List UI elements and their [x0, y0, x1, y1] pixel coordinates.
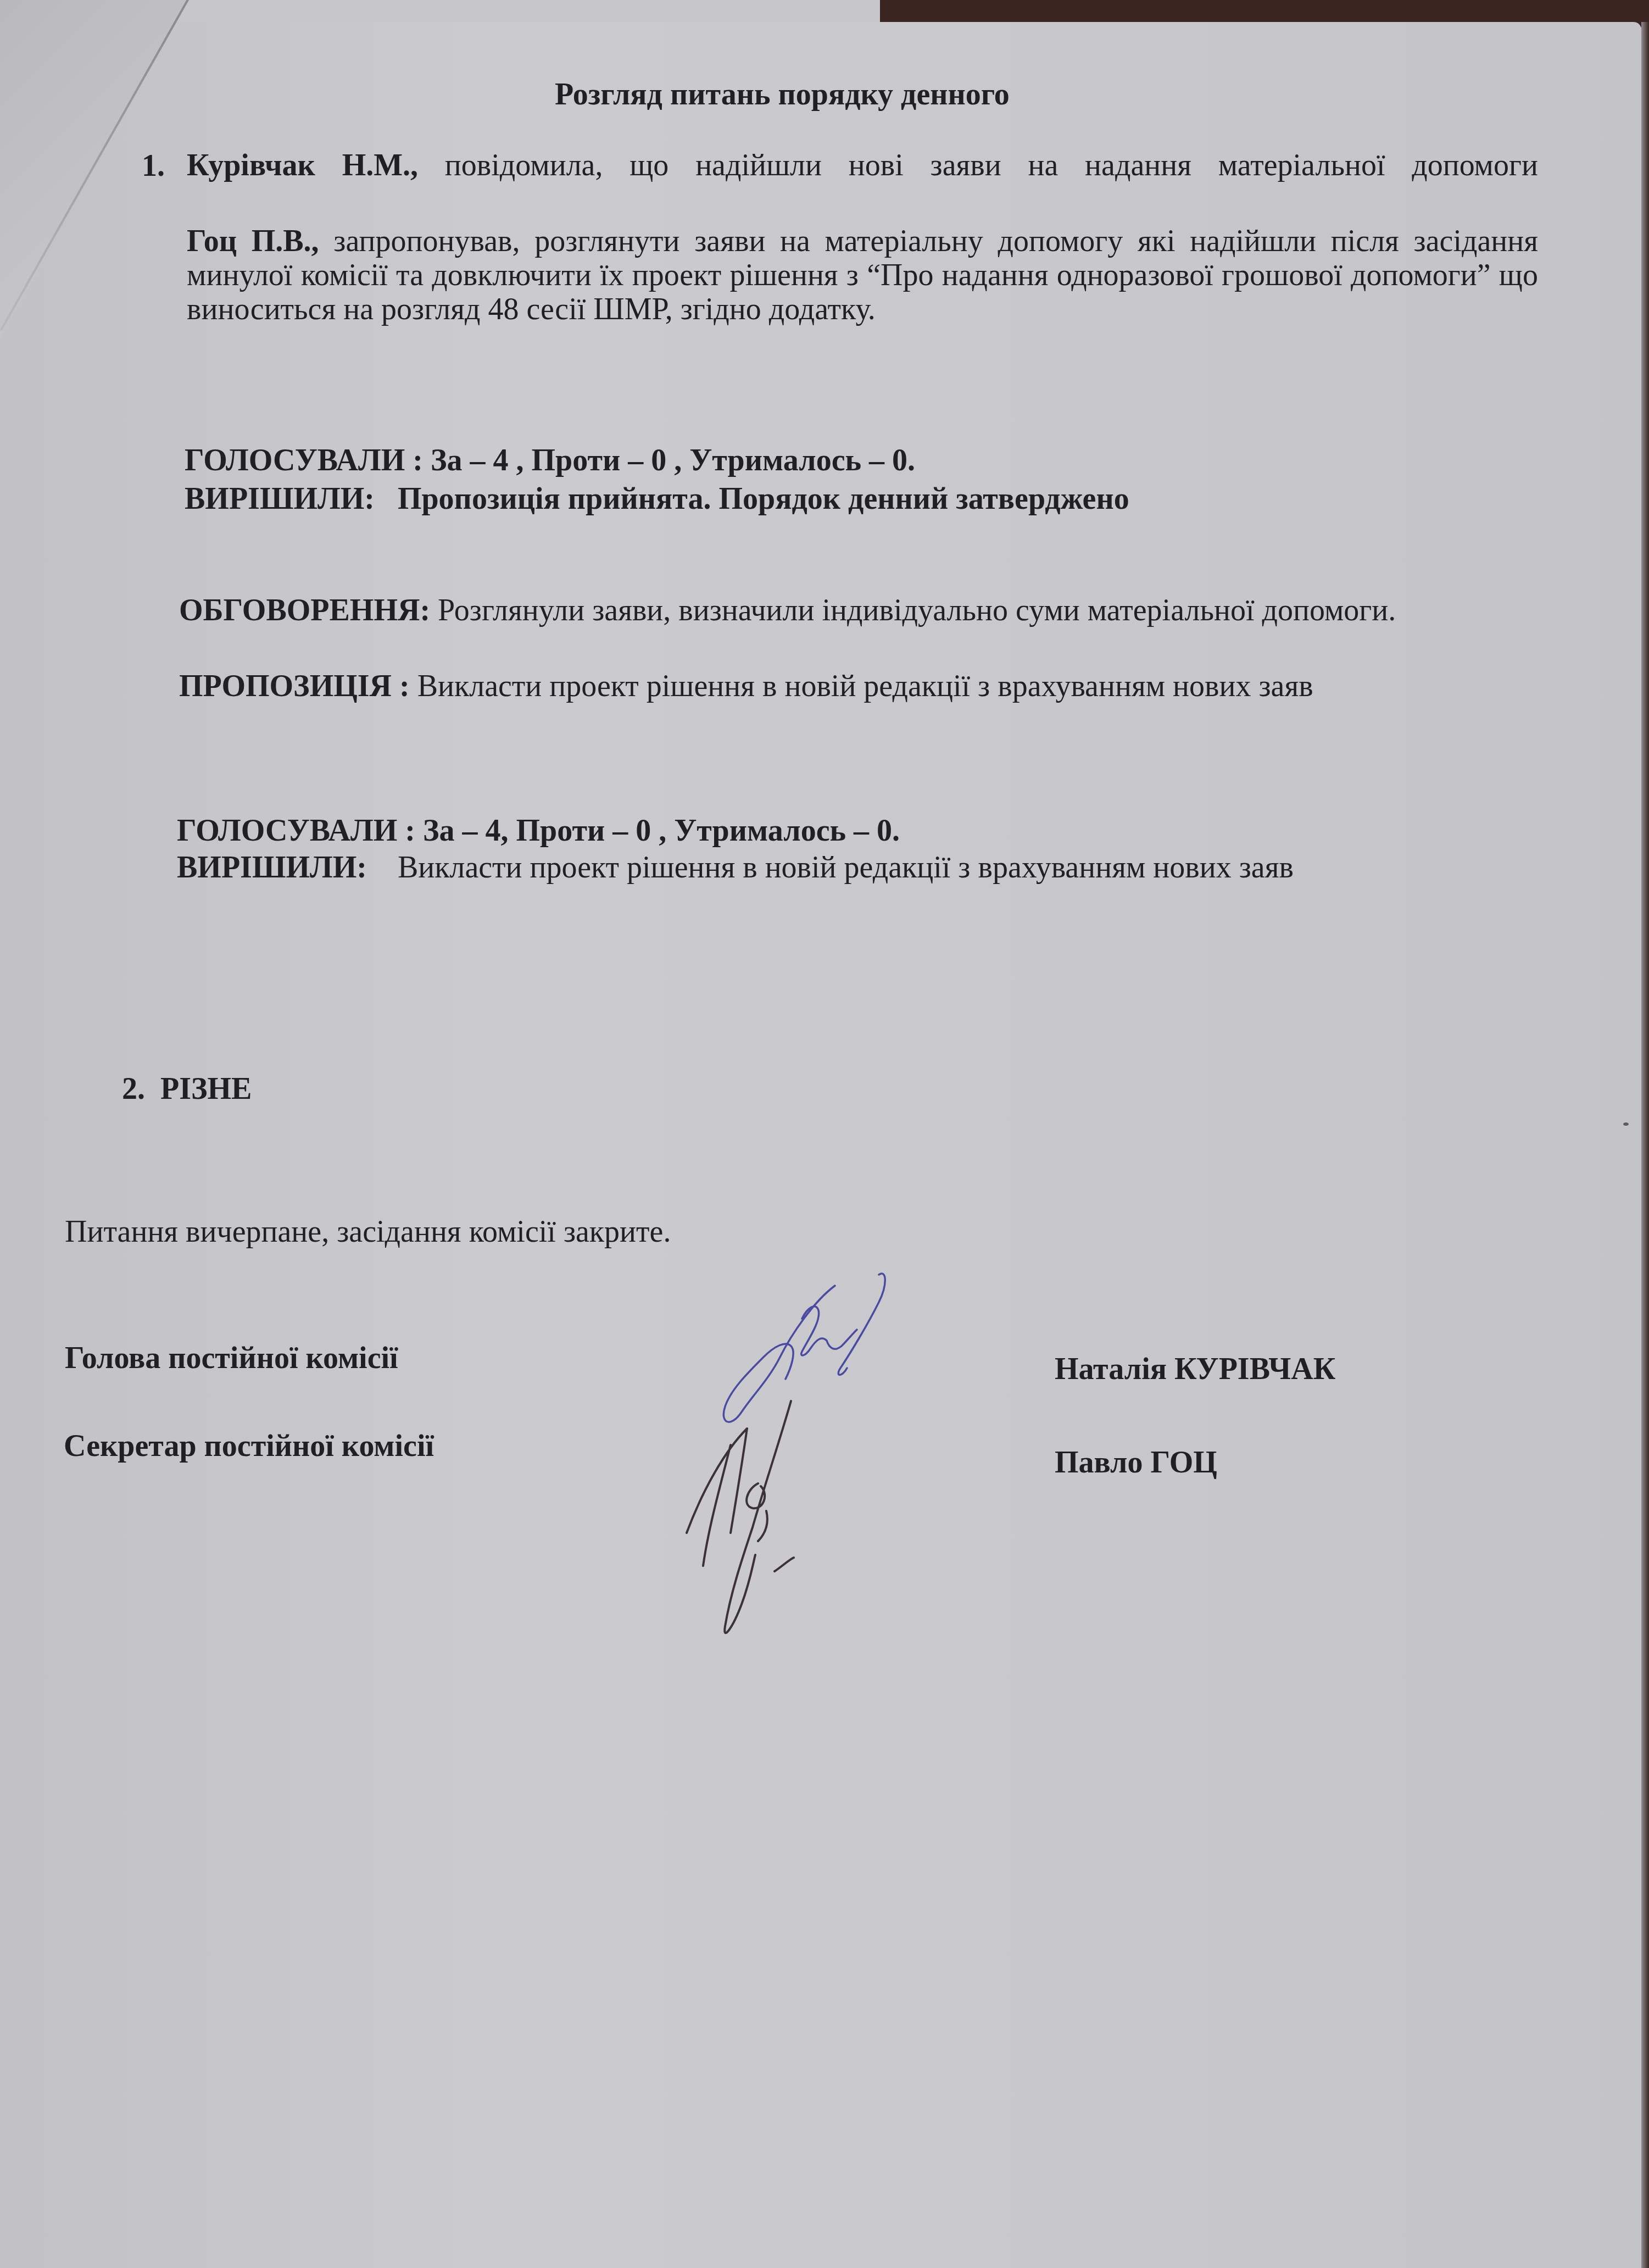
item-2-label: РІЗНЕ: [160, 1072, 252, 1106]
proposal-text: Викласти проект рішення в новій редакції…: [417, 669, 1313, 703]
discussion-text: Розглянули заяви, визначили індивідуальн…: [438, 593, 1396, 627]
item-2-number: 2.: [122, 1072, 145, 1106]
decision-1: ВИРІШИЛИ: Пропозиція прийнята. Порядок д…: [185, 481, 1129, 516]
document-page: [0, 22, 1641, 2268]
vote-2: ГОЛОСУВАЛИ : За – 4, Проти – 0 , Утримал…: [177, 813, 900, 848]
speaker-2-text: запропонував, розглянути заяви на матері…: [187, 224, 1538, 326]
decision-1-label: ВИРІШИЛИ:: [185, 482, 375, 516]
paper-speck: [1623, 1122, 1629, 1126]
chair-role: Голова постійної комісії: [65, 1341, 398, 1376]
discussion: ОБГОВОРЕННЯ: Розглянули заяви, визначили…: [179, 593, 1541, 627]
document-title: Розгляд питань порядку денного: [555, 77, 1159, 112]
closing-statement: Питання вичерпане, засідання комісії зак…: [65, 1214, 671, 1249]
secretary-signature-icon: [670, 1390, 868, 1654]
decision-2-text: Викласти проект рішення в новій редакції…: [398, 850, 1294, 885]
speaker-1-text: повідомила, що надійшли нові заяви на на…: [445, 148, 1538, 182]
chair-name: Наталія КУРІВЧАК: [1055, 1352, 1335, 1387]
discussion-label: ОБГОВОРЕННЯ:: [179, 593, 430, 627]
decision-2: ВИРІШИЛИ: Викласти проект рішення в нові…: [177, 850, 1545, 885]
decision-1-text: Пропозиція прийнята. Порядок денний затв…: [398, 482, 1129, 516]
proposal: ПРОПОЗИЦІЯ : Викласти проект рішення в н…: [179, 669, 1541, 703]
speaker-1-name: Курівчак Н.М.,: [187, 148, 418, 182]
speaker-2-name: Гоц П.В.,: [187, 224, 319, 258]
item-2: 2. РІЗНЕ: [122, 1071, 252, 1107]
secretary-role: Секретар постійної комісії: [64, 1428, 434, 1464]
page-right-edge: [1641, 22, 1649, 2268]
decision-2-label: ВИРІШИЛИ:: [177, 850, 367, 885]
vote-1: ГОЛОСУВАЛИ : За – 4 , Проти – 0 , Утрима…: [185, 443, 915, 478]
item-1-speaker-1: Курівчак Н.М., повідомила, що надійшли н…: [187, 148, 1538, 182]
item-1-speaker-2: Гоц П.В., запропонував, розглянути заяви…: [187, 224, 1538, 326]
item-1-number: 1.: [142, 148, 165, 184]
secretary-name: Павло ГОЦ: [1055, 1445, 1217, 1480]
proposal-label: ПРОПОЗИЦІЯ :: [179, 669, 410, 703]
